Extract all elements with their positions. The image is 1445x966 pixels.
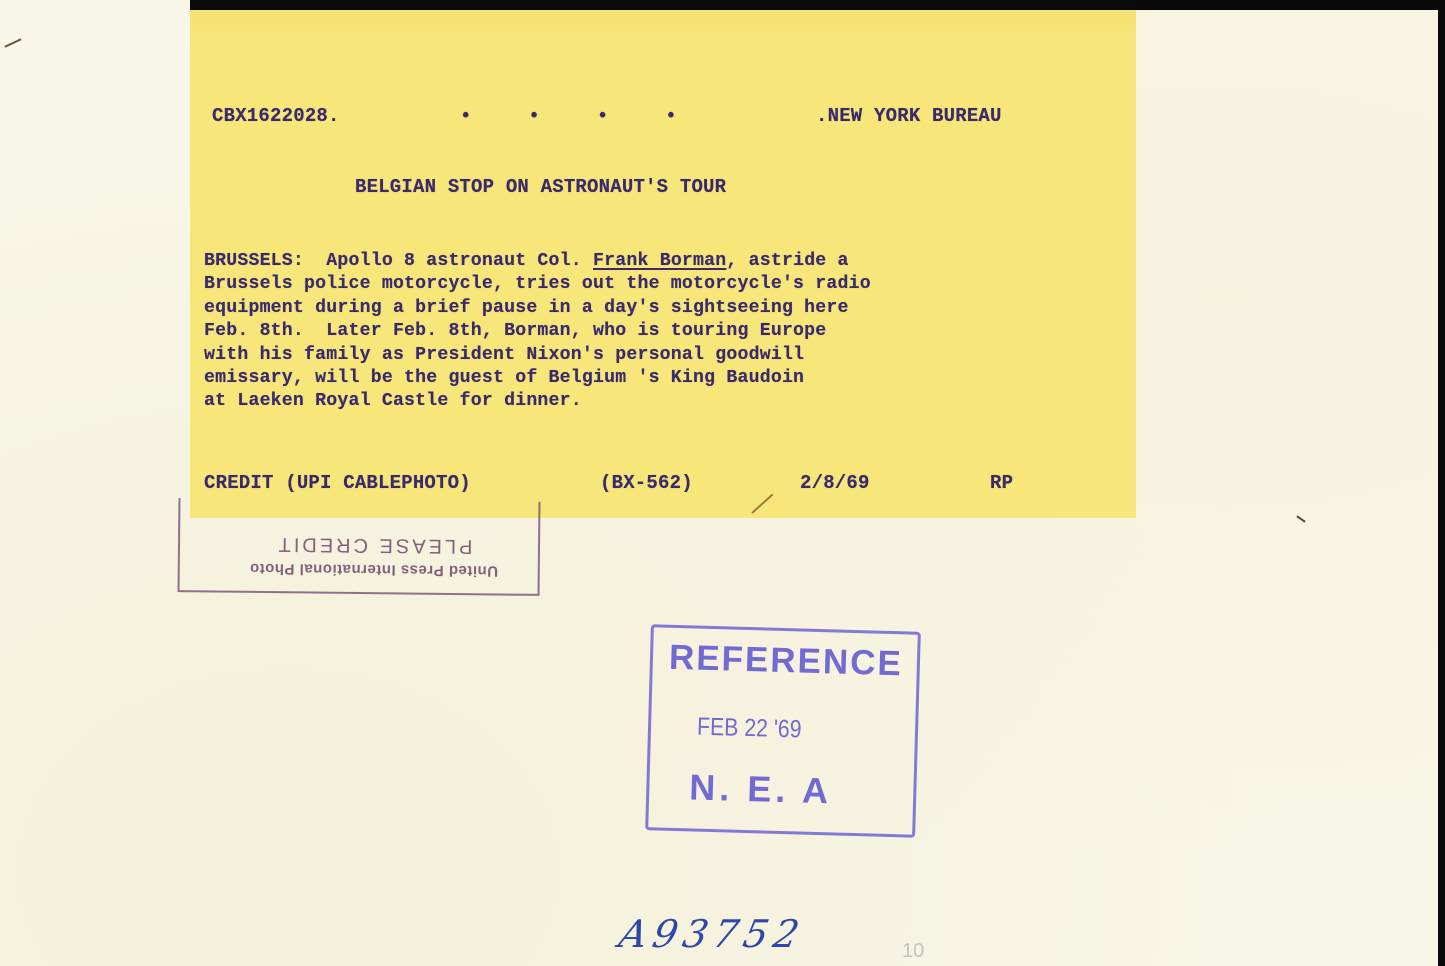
- credit-code: (BX-562): [600, 472, 693, 494]
- bureau-name: .NEW YORK BUREAU: [816, 105, 1002, 127]
- credit-label: CREDIT (UPI CABLEPHOTO): [204, 472, 471, 494]
- caption-line: Brussels police motorcycle, tries out th…: [204, 274, 871, 294]
- caption-line: at Laeken Royal Castle for dinner.: [204, 391, 582, 411]
- please-credit-stamp: United Press International Photo PLEASE …: [178, 498, 541, 596]
- caption-sheet: CBX1622028. • • • • .NEW YORK BUREAU BEL…: [190, 10, 1136, 518]
- caption-line-1-start: Apollo 8 astronaut Col.: [304, 251, 593, 271]
- caption-line: equipment during a brief pause in a day'…: [204, 298, 849, 318]
- credit-date: 2/8/69: [800, 472, 870, 494]
- separator-dots: • • • •: [460, 105, 677, 127]
- handwritten-archive-number: A93752: [615, 912, 809, 956]
- stamp-please-credit: PLEASE CREDIT: [210, 531, 538, 557]
- reference-title: REFERENCE: [668, 638, 903, 685]
- photo-id: CBX1622028.: [212, 105, 340, 127]
- reference-stamp: REFERENCE FEB 22 '69 N. E. A: [645, 624, 921, 837]
- caption-line: with his family as President Nixon's per…: [204, 345, 804, 365]
- subject-name: Frank Borman: [593, 251, 726, 271]
- faint-pencil-mark: 10: [902, 940, 924, 963]
- caption-line: Feb. 8th. Later Feb. 8th, Borman, who is…: [204, 321, 826, 341]
- stamp-agency: United Press International Photo: [210, 559, 538, 579]
- caption-line: emissary, will be the guest of Belgium '…: [204, 368, 804, 388]
- reference-date: FEB 22 '69: [697, 713, 802, 745]
- headline: BELGIAN STOP ON ASTRONAUT'S TOUR: [355, 176, 726, 198]
- credit-initials: RP: [990, 472, 1013, 494]
- dateline: BRUSSELS:: [204, 251, 304, 271]
- caption-line-1-end: , astride a: [726, 251, 848, 271]
- reference-org: N. E. A: [689, 766, 833, 812]
- caption-body: BRUSSELS: Apollo 8 astronaut Col. Frank …: [204, 250, 871, 414]
